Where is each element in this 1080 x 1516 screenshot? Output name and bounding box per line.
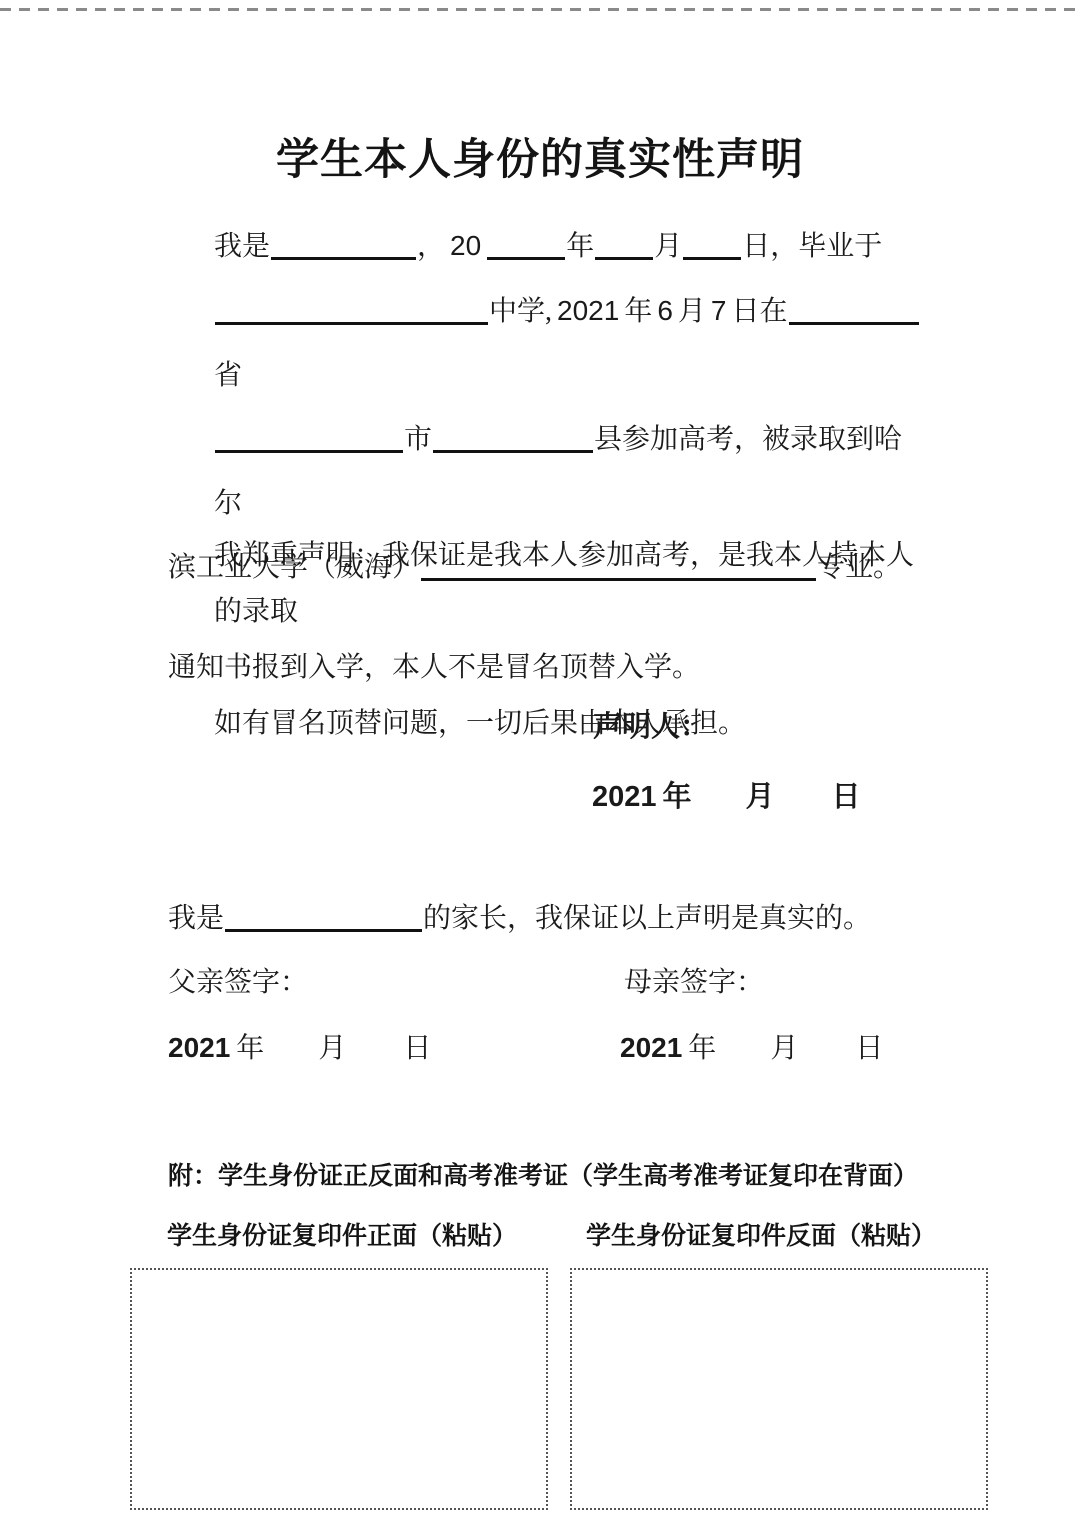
blank-birth-year[interactable] xyxy=(487,225,565,260)
declaration-line-1: 我郑重声明：我保证是我本人参加高考，是我本人持本人的录取 xyxy=(168,528,928,640)
text-exam-month-6: 6 xyxy=(657,295,673,326)
text-exam-year-2021: 2021 xyxy=(557,295,619,326)
text-exam-day-7: 7 xyxy=(711,295,727,326)
text-city-unit: 市 xyxy=(404,424,432,455)
text-year-prefix-20: 20 xyxy=(450,230,481,261)
text-day-at: 日在 xyxy=(732,296,788,327)
declarant-date-month-unit: 月 xyxy=(746,781,775,813)
blank-student-name[interactable] xyxy=(271,225,416,260)
blank-city[interactable] xyxy=(215,418,403,453)
text-year-unit: 年 xyxy=(566,231,594,262)
blank-birth-day[interactable] xyxy=(683,225,741,260)
text-parent-guarantee: 的家长，我保证以上声明是真实的。 xyxy=(423,903,871,934)
declaration-line-3: 如有冒名顶替问题，一切后果由本人承担。 xyxy=(168,696,928,752)
blank-student-name-parent[interactable] xyxy=(225,897,422,932)
id-copy-front-label: 学生身份证复印件正面（粘贴） xyxy=(167,1216,517,1252)
attachment-note: 附：学生身份证正反面和高考准考证（学生高考准考证复印在背面） xyxy=(168,1156,918,1192)
declaration-form-page: 学生本人身份的真实性声明 我是，20年月日，毕业于 中学,2021年6月7日在省… xyxy=(0,0,1080,1516)
form-line-3: 市县参加高考，被录取到哈尔 xyxy=(168,408,928,536)
form-line-1: 我是，20年月日，毕业于 xyxy=(168,214,928,279)
mother-date-year-number: 2021 xyxy=(620,1032,682,1063)
father-date-month-unit: 月 xyxy=(318,1033,346,1064)
text-province-unit: 省 xyxy=(214,360,242,391)
father-date-line: 2021年月日 xyxy=(168,1026,431,1066)
text-graduated-from: 日，毕业于 xyxy=(742,231,882,262)
id-copy-front-paste-box[interactable] xyxy=(130,1268,548,1510)
father-signature-label[interactable]: 父亲签字： xyxy=(168,960,308,1000)
text-comma: ， xyxy=(417,231,445,262)
mother-date-day-unit: 日 xyxy=(855,1033,883,1064)
blank-birth-month[interactable] xyxy=(595,225,653,260)
declarant-date-line: 2021年月日 xyxy=(592,774,861,815)
text-middle-school: 中学, xyxy=(489,296,552,327)
mother-date-line: 2021年月日 xyxy=(620,1026,883,1066)
father-date-year-number: 2021 xyxy=(168,1032,230,1063)
declaration-line-2: 通知书报到入学，本人不是冒名顶替入学。 xyxy=(168,640,928,696)
mother-signature-label[interactable]: 母亲签字： xyxy=(624,960,764,1000)
father-date-year-unit: 年 xyxy=(236,1033,264,1064)
text-i-am: 我是 xyxy=(214,231,270,262)
text-month-unit: 月 xyxy=(654,231,682,262)
mother-date-year-unit: 年 xyxy=(688,1033,716,1064)
cut-here-dashed-line xyxy=(0,8,1080,11)
form-line-2: 中学,2021年6月7日在省 xyxy=(168,279,928,408)
declarant-date-year-number: 2021 xyxy=(592,781,657,813)
declarant-label[interactable]: 声明人： xyxy=(593,704,709,745)
mother-date-month-unit: 月 xyxy=(770,1033,798,1064)
declarant-date-year-unit: 年 xyxy=(663,781,692,813)
blank-province[interactable] xyxy=(789,290,919,325)
declaration-paragraph: 我郑重声明：我保证是我本人参加高考，是我本人持本人的录取 通知书报到入学，本人不… xyxy=(168,528,928,752)
id-copy-back-label: 学生身份证复印件反面（粘贴） xyxy=(586,1216,936,1252)
id-copy-back-paste-box[interactable] xyxy=(570,1268,988,1510)
declarant-date-day-unit: 日 xyxy=(832,781,861,813)
blank-middle-school-name[interactable] xyxy=(215,290,488,325)
text-month-unit-2: 月 xyxy=(678,296,706,327)
blank-county[interactable] xyxy=(433,418,593,453)
page-title: 学生本人身份的真实性声明 xyxy=(0,126,1080,187)
text-year-unit-2: 年 xyxy=(624,296,652,327)
parent-statement-line: 我是的家长，我保证以上声明是真实的。 xyxy=(168,896,871,936)
father-date-day-unit: 日 xyxy=(403,1033,431,1064)
text-parent-i-am: 我是 xyxy=(168,903,224,934)
